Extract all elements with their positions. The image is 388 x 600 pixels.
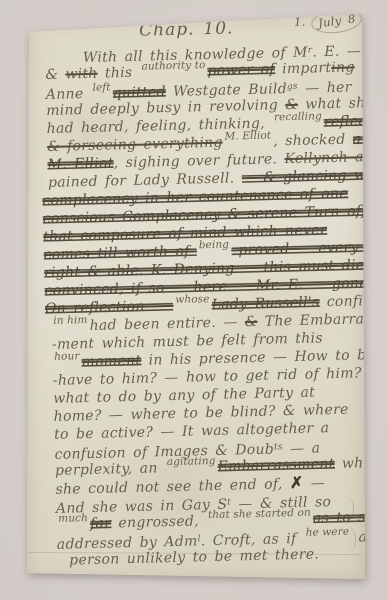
struck-text: Kellynch and [284, 149, 382, 167]
corner-annotation: 1.July 8 [294, 9, 363, 34]
scribbled-text: reflecting [324, 112, 388, 130]
page-number: 1. [294, 15, 306, 29]
text: , shocked [273, 131, 353, 149]
scribbled-text: moment [81, 353, 141, 370]
ink-blot: ✗ [290, 473, 304, 492]
text: engrossed, [111, 513, 206, 531]
inserted-text: authority to [141, 56, 205, 76]
inserted-text: M. Elliot [224, 126, 271, 145]
inserted-text: agitating [167, 452, 216, 471]
manuscript-page: Chap. 10. 1.July 8 With all this knowled… [24, 12, 366, 584]
text: which [334, 455, 385, 472]
inserted-text: hour [54, 347, 80, 366]
manuscript-text: With all this knowledge of Mr. E. —& wit… [45, 40, 370, 569]
inserted-text: in him [53, 311, 88, 330]
inserted-text: he were [305, 523, 349, 542]
text: impart [275, 60, 332, 77]
scribbled-text: power of [207, 61, 275, 79]
text: it [354, 59, 372, 75]
scribbled-text: about [353, 130, 388, 147]
scribbled-text: — & glancing with the [242, 166, 388, 186]
text: & [45, 66, 65, 82]
superscript-text: gs [287, 82, 298, 92]
manuscript-photo: { "photo": { "background_color": "#d2cbc… [0, 0, 388, 600]
struck-text: ing [331, 59, 355, 76]
scribbled-text: Lady Russell's [211, 294, 319, 313]
struck-text: & [245, 314, 258, 330]
inserted-text: recalling [274, 107, 322, 126]
inserted-text: whose [175, 290, 210, 309]
scribbled-text: M. Elliot [47, 155, 114, 173]
text: confidence [319, 292, 388, 310]
text: The Embarrass- [257, 311, 384, 330]
date-annotation: July 8 [309, 7, 363, 36]
inserted-text: being [199, 236, 230, 255]
manuscript-content: Chap. 10. 1.July 8 With all this knowled… [44, 12, 369, 569]
text: person unlikely to be met there. [69, 546, 319, 568]
scribbled-text: proved — every success [231, 238, 388, 259]
paper-sheet: Chap. 10. 1.July 8 With all this knowled… [24, 12, 366, 584]
text: — [303, 475, 325, 492]
inserted-text: that she started on [208, 504, 311, 525]
text: a [351, 529, 367, 545]
scribbled-text: far [90, 516, 112, 533]
inserted-text: much [58, 509, 88, 528]
text: perplexity, an [55, 460, 165, 479]
inserted-text: left [92, 78, 111, 96]
scribbled-text: Embarrassment [217, 456, 334, 475]
